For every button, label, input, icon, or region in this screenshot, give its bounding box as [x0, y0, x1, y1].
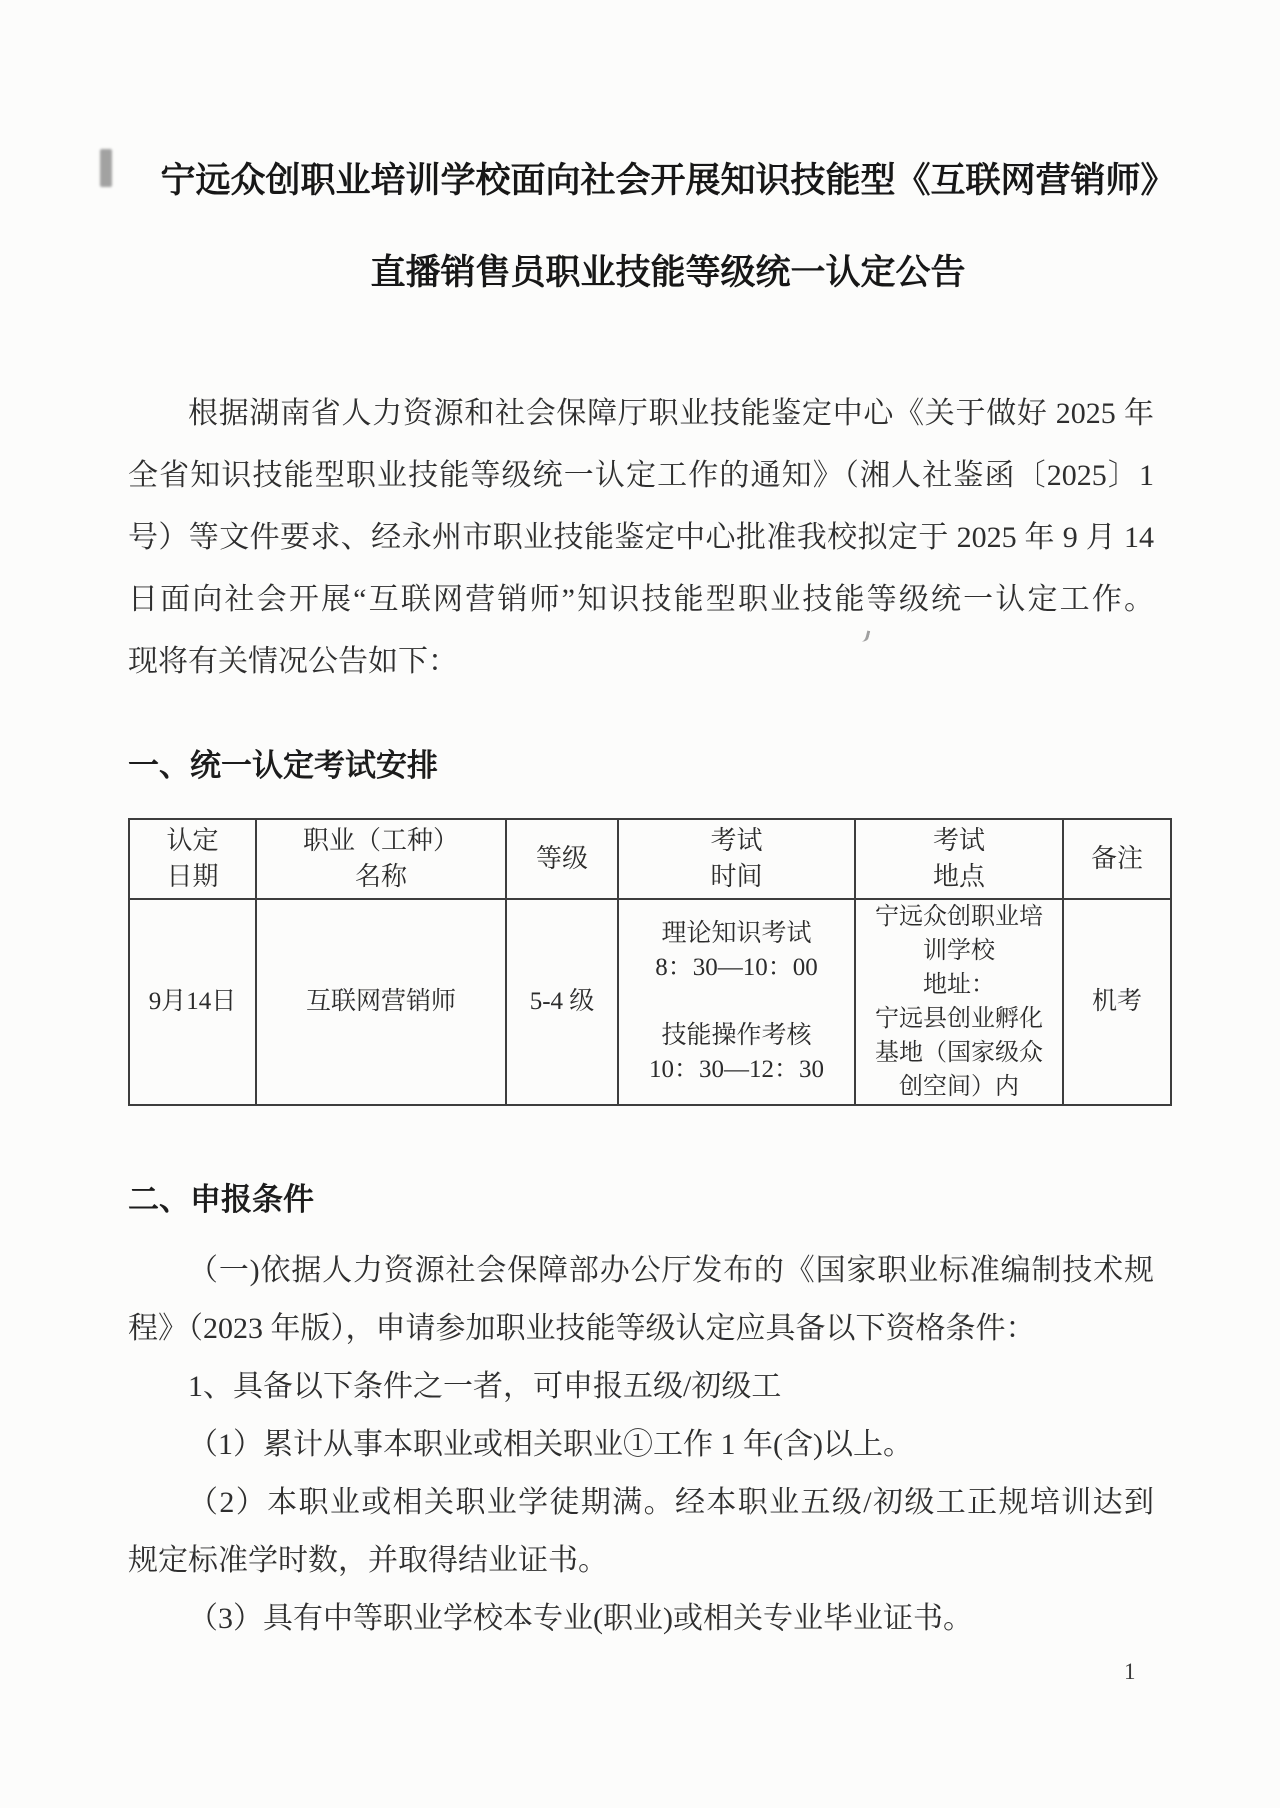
section2-heading: 二、申报条件	[128, 1180, 314, 1220]
intro-line: 现将有关情况公告如下：	[128, 631, 1154, 693]
cell-date: 9月14日	[129, 899, 256, 1105]
document-title-line2: 直播销售员职业技能等级统一认定公告	[128, 250, 1208, 296]
intro-line: 日面向社会开展“互联网营销师”知识技能型职业技能等级统一认定工作。	[128, 569, 1154, 631]
intro-paragraph: 根据湖南省人力资源和社会保障厅职业技能鉴定中心《关于做好 2025 年 全省知识…	[128, 383, 1154, 693]
document-page: 宁远众创职业培训学校面向社会开展知识技能型《互联网营销师》 直播销售员职业技能等…	[0, 0, 1280, 1808]
cell-exam-time: 理论知识考试 8：30—10：00 技能操作考核 10：30—12：30	[618, 899, 855, 1105]
condition-line: （3）具有中等职业学校本专业(职业)或相关专业毕业证书。	[128, 1590, 1154, 1648]
page-number: 1	[1124, 1658, 1136, 1686]
scan-smudge	[100, 149, 112, 187]
document-title-line1: 宁远众创职业培训学校面向社会开展知识技能型《互联网营销师》	[128, 158, 1208, 204]
header-cell-exam-time: 考试 时间	[618, 819, 855, 899]
condition-line: （1）累计从事本职业或相关职业①工作 1 年(含)以上。	[128, 1416, 1154, 1474]
cell-occupation: 互联网营销师	[256, 899, 506, 1105]
condition-line: 规定标准学时数，并取得结业证书。	[128, 1532, 1154, 1590]
condition-line: （一)依据人力资源社会保障部办公厅发布的《国家职业标准编制技术规	[128, 1242, 1154, 1300]
section1-heading: 一、统一认定考试安排	[128, 746, 438, 786]
cell-exam-place: 宁远众创职业培 训学校 地址： 宁远县创业孵化 基地（国家级众 创空间）内	[855, 899, 1063, 1105]
exam-schedule-table: 认定 日期 职业（工种） 名称 等级 考试 时间 考试 地点 备注 9月14日 …	[128, 818, 1172, 1106]
header-cell-level: 等级	[506, 819, 618, 899]
intro-line: 全省知识技能型职业技能等级统一认定工作的通知》（湘人社鉴函〔2025〕1	[128, 445, 1154, 507]
application-conditions: （一)依据人力资源社会保障部办公厅发布的《国家职业标准编制技术规 程》（2023…	[128, 1242, 1154, 1648]
condition-line: 1、具备以下条件之一者，可申报五级/初级工	[128, 1358, 1154, 1416]
table-header-row: 认定 日期 职业（工种） 名称 等级 考试 时间 考试 地点 备注	[129, 819, 1171, 899]
header-cell-exam-place: 考试 地点	[855, 819, 1063, 899]
table-data-row: 9月14日 互联网营销师 5-4 级 理论知识考试 8：30—10：00 技能操…	[129, 899, 1171, 1105]
cell-remark: 机考	[1063, 899, 1171, 1105]
condition-line: （2）本职业或相关职业学徒期满。经本职业五级/初级工正规培训达到	[128, 1474, 1154, 1532]
header-cell-remark: 备注	[1063, 819, 1171, 899]
cell-level: 5-4 级	[506, 899, 618, 1105]
header-cell-date: 认定 日期	[129, 819, 256, 899]
intro-line: 根据湖南省人力资源和社会保障厅职业技能鉴定中心《关于做好 2025 年	[128, 383, 1154, 445]
condition-line: 程》（2023 年版），申请参加职业技能等级认定应具备以下资格条件：	[128, 1300, 1154, 1358]
intro-line: 号）等文件要求、经永州市职业技能鉴定中心批准我校拟定于 2025 年 9 月 1…	[128, 507, 1154, 569]
header-cell-occupation: 职业（工种） 名称	[256, 819, 506, 899]
